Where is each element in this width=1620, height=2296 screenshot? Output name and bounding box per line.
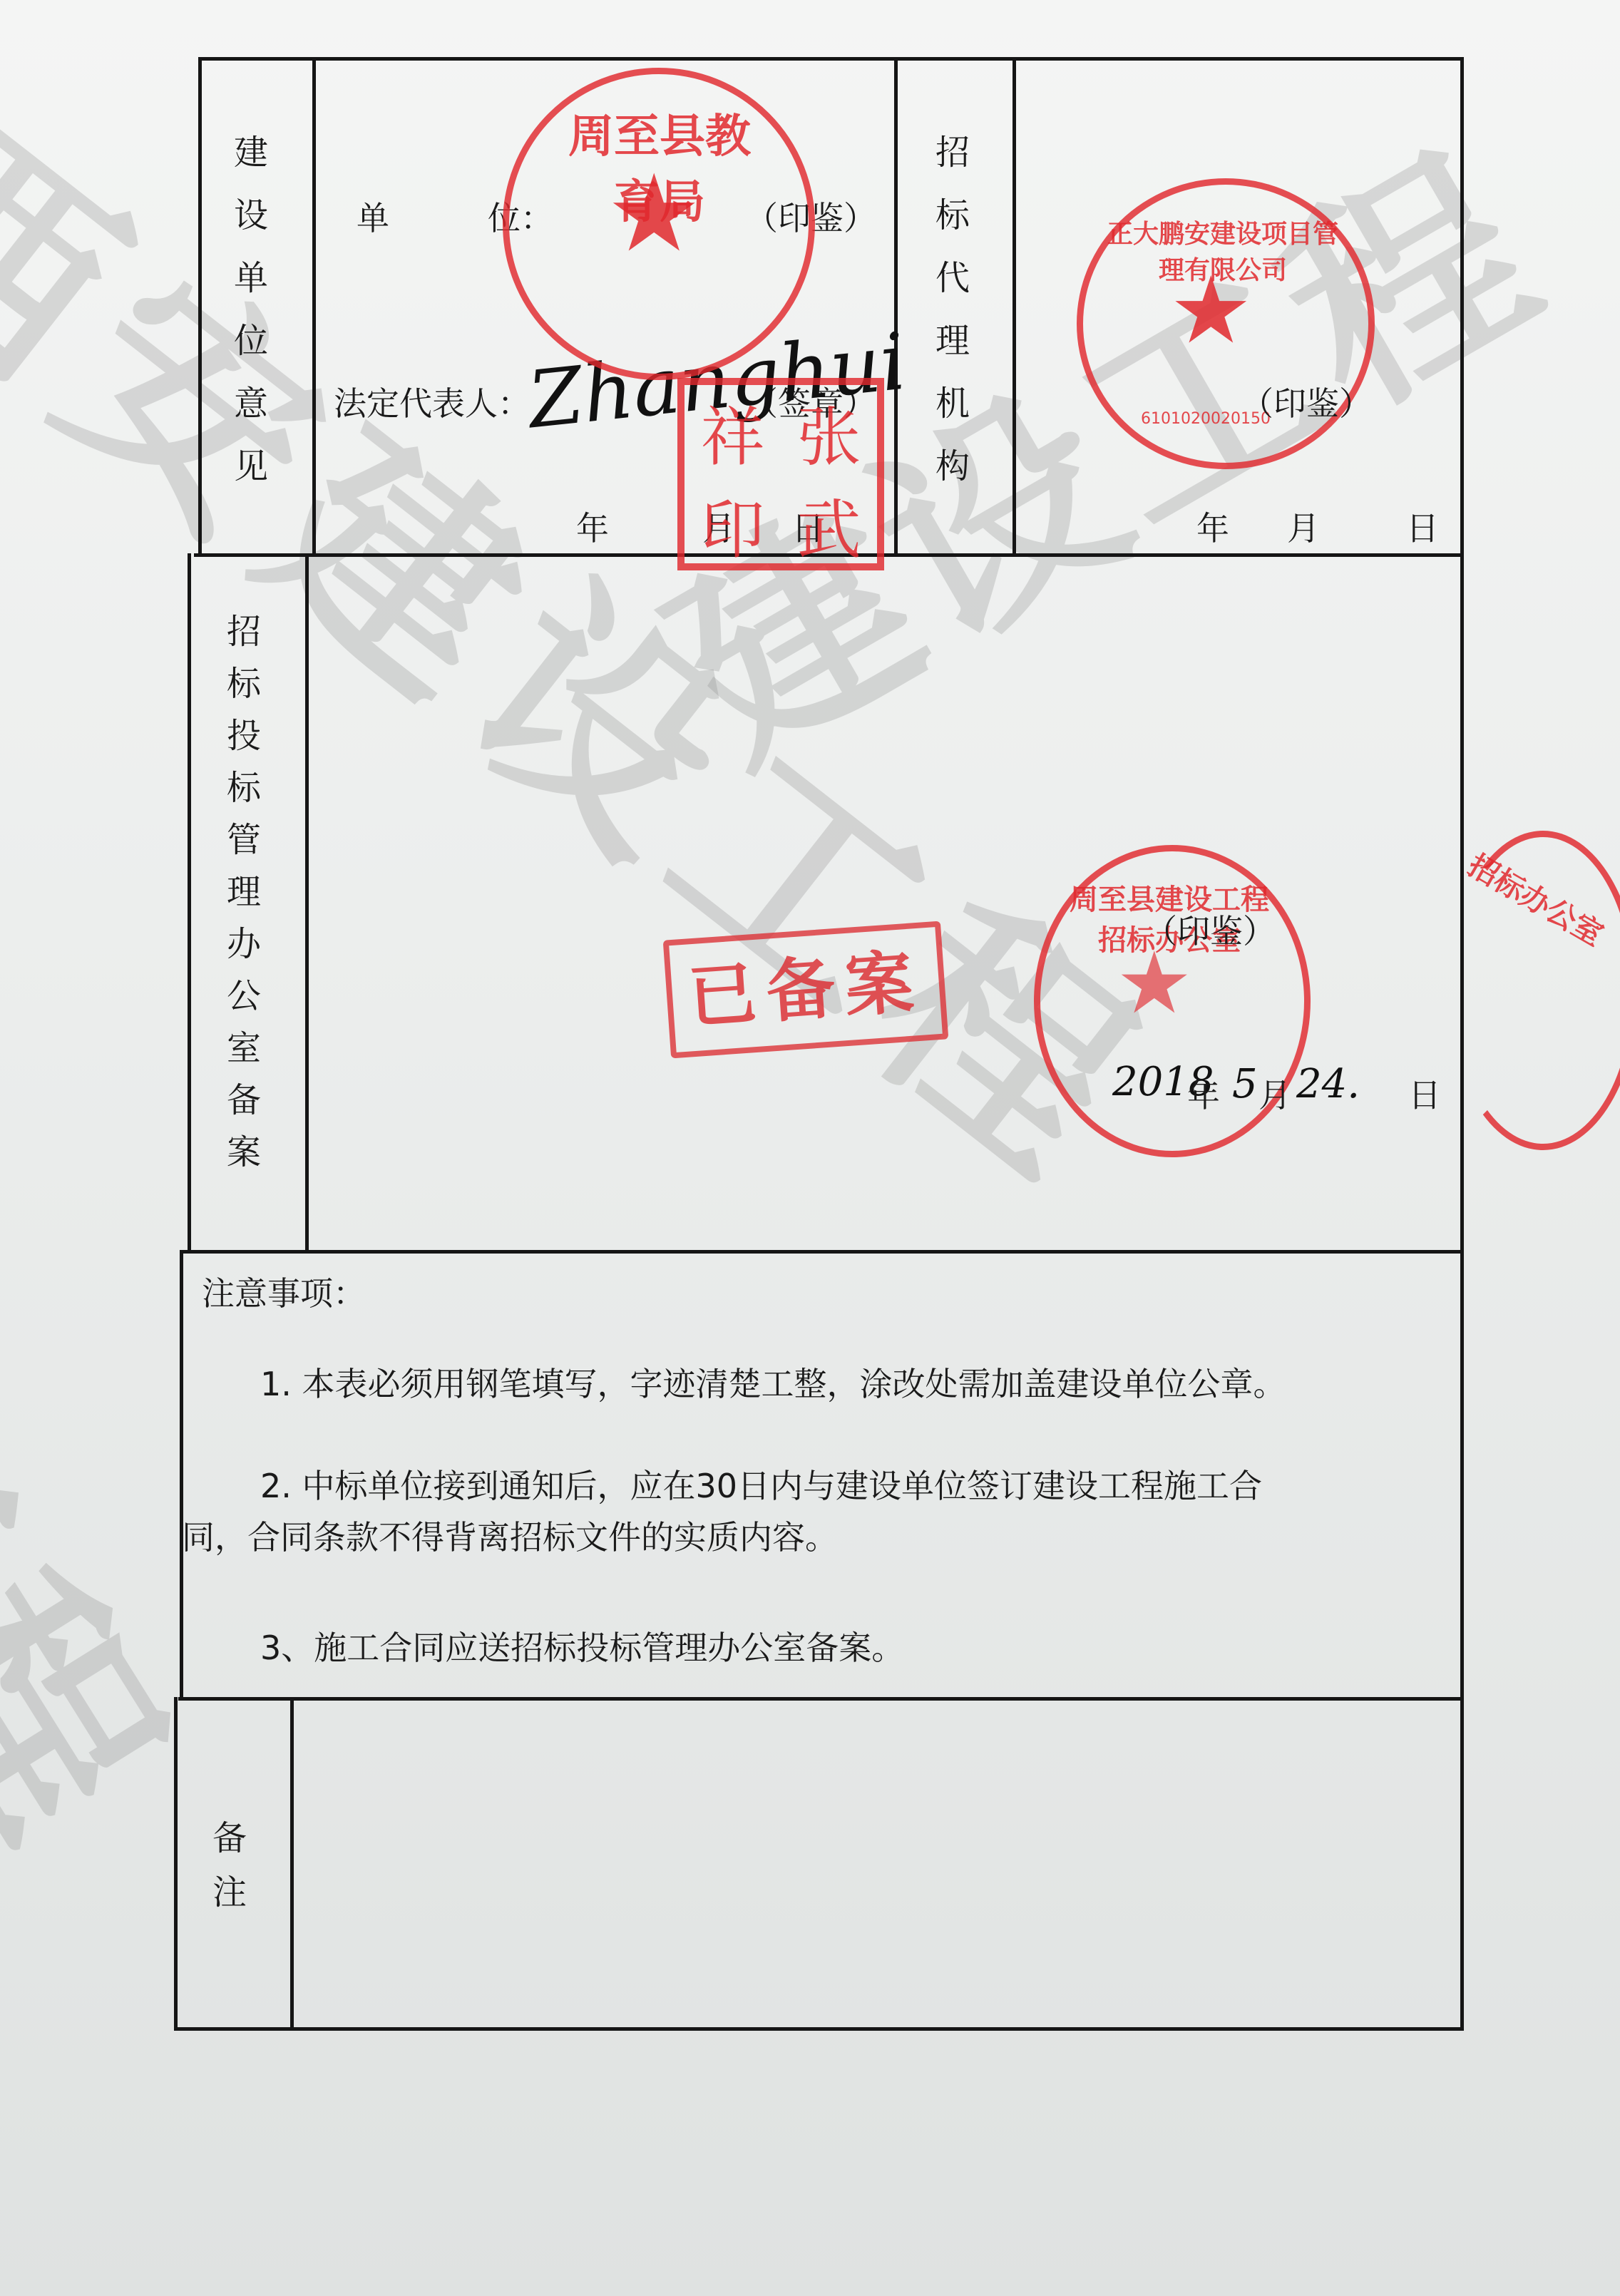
remarks-label: 备 注 bbox=[212, 1811, 247, 1920]
label-char: 标 bbox=[227, 762, 261, 814]
table-border-top bbox=[198, 57, 1462, 61]
table-border-left bbox=[174, 1697, 178, 2031]
agency-seal-note: （印鉴） bbox=[1241, 378, 1372, 425]
column-divider bbox=[1012, 57, 1016, 556]
label-char: 办 bbox=[227, 918, 261, 970]
date-month-label: 月 bbox=[1258, 1070, 1291, 1117]
column-divider bbox=[290, 1697, 294, 2031]
filing-day-value: 24. bbox=[1296, 1061, 1360, 1107]
label-char: 意 bbox=[234, 372, 268, 435]
label-char: 备 bbox=[227, 1075, 261, 1127]
personal-square-seal: 祥 张 印 武 bbox=[677, 378, 884, 570]
label-char: 公 bbox=[227, 970, 261, 1023]
table-border-left bbox=[180, 1250, 183, 1699]
label-char: 理 bbox=[935, 309, 970, 372]
filed-stamp: 已备案 bbox=[663, 921, 949, 1059]
label-char: 招 bbox=[227, 606, 261, 658]
builder-seal-text: 周至县教育局 bbox=[556, 100, 763, 231]
label-char: 投 bbox=[227, 710, 261, 762]
builder-opinion-label: 建 设 单 位 意 见 bbox=[234, 121, 268, 498]
column-divider bbox=[312, 57, 316, 556]
label-char: 代 bbox=[935, 247, 970, 309]
date-day-label: 日 bbox=[1406, 503, 1439, 550]
notes-item: 同，合同条款不得背离招标文件的实质内容。 bbox=[182, 1512, 838, 1559]
date-year-label: 年 bbox=[576, 503, 609, 550]
label-char: 理 bbox=[227, 866, 261, 918]
label-char: 标 bbox=[227, 658, 261, 710]
label-char: 见 bbox=[234, 435, 268, 498]
date-month-label: 月 bbox=[1287, 503, 1320, 550]
filing-month-value: 5 bbox=[1232, 1061, 1258, 1107]
notes-item: 3、施工合同应送招标投标管理办公室备案。 bbox=[260, 1622, 904, 1669]
notes-item: 1. 本表必须用钢笔填写，字迹清楚工整，涂改处需加盖建设单位公章。 bbox=[260, 1358, 1286, 1405]
label-char: 案 bbox=[227, 1127, 261, 1179]
label-char: 管 bbox=[227, 814, 261, 866]
watermark: 设工程 bbox=[0, 1070, 265, 1902]
column-divider bbox=[305, 553, 309, 1252]
label-char: 机 bbox=[935, 372, 970, 435]
table-border-bottom bbox=[174, 2027, 1462, 2031]
label-char: 招 bbox=[935, 121, 970, 184]
label-char: 室 bbox=[227, 1023, 261, 1075]
label-char: 标 bbox=[935, 184, 970, 247]
agency-seal-text: 正大鹏安建设项目管理有限公司 bbox=[1102, 214, 1344, 287]
label-char: 备 bbox=[212, 1811, 247, 1865]
row-divider bbox=[180, 1250, 1462, 1254]
column-divider bbox=[894, 57, 898, 556]
seal-char: 武 bbox=[781, 478, 877, 570]
legal-rep-label: 法定代表人： bbox=[334, 378, 530, 425]
row-divider bbox=[178, 1697, 1462, 1701]
office-seal-note: （印鉴） bbox=[1144, 906, 1276, 953]
label-char: 构 bbox=[935, 435, 970, 498]
date-year-label: 年 bbox=[1196, 503, 1229, 550]
label-char: 设 bbox=[234, 184, 268, 247]
label-char: 注 bbox=[212, 1865, 247, 1920]
seal-char: 祥 bbox=[685, 385, 781, 478]
remarks-field[interactable] bbox=[299, 1704, 1455, 2025]
notes-item: 2. 中标单位接到通知后，应在30日内与建设单位签订建设工程施工合 bbox=[260, 1460, 1262, 1507]
table-border-left bbox=[188, 553, 191, 1252]
seal-char: 张 bbox=[781, 385, 877, 478]
label-char: 建 bbox=[234, 121, 268, 184]
seal-char: 印 bbox=[685, 478, 781, 570]
agency-label: 招 标 代 理 机 构 bbox=[935, 121, 970, 498]
date-year-label: 年 bbox=[1187, 1070, 1220, 1117]
office-filing-label: 招 标 投 标 管 理 办 公 室 备 案 bbox=[227, 606, 261, 1179]
label-char: 位 bbox=[234, 309, 268, 372]
label-char: 单 bbox=[234, 247, 268, 309]
table-border-left bbox=[198, 57, 202, 556]
notes-title: 注意事项： bbox=[202, 1268, 366, 1315]
date-day-label: 日 bbox=[1408, 1070, 1441, 1117]
